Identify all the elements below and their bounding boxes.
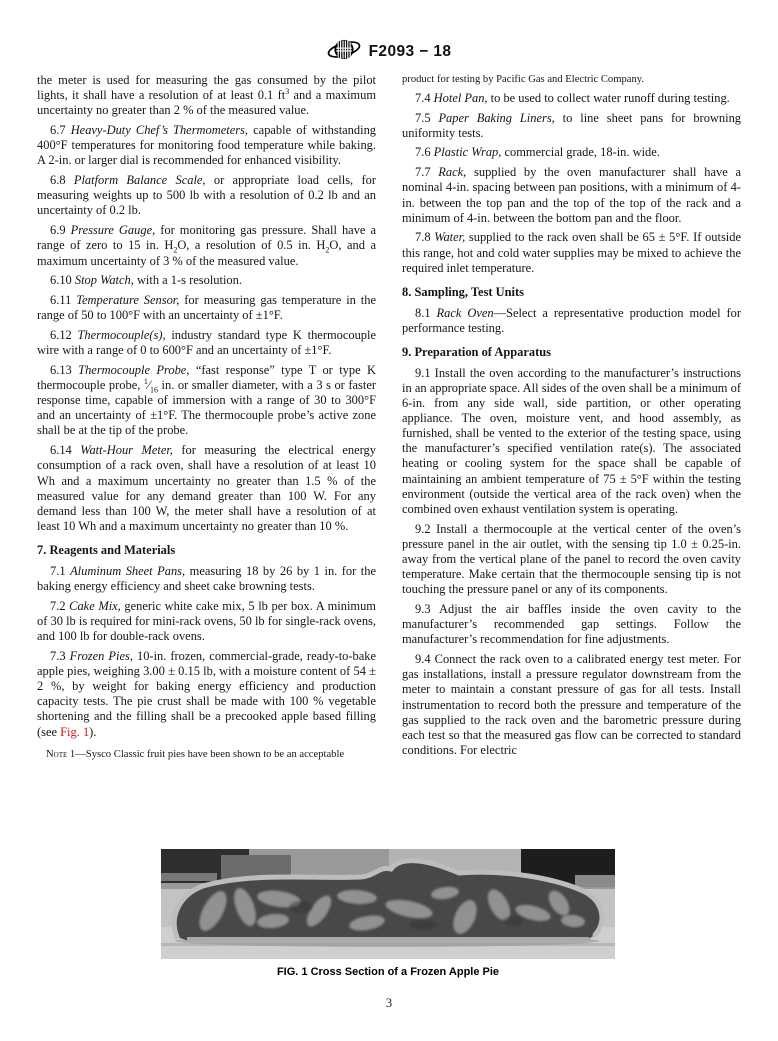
para-6-11: 6.11 Temperature Sensor, for measuring g… [37, 293, 376, 323]
para-6-12: 6.12 Thermocouple(s), industry standard … [37, 328, 376, 358]
para-6-8: 6.8 Platform Balance Scale, or appropria… [37, 173, 376, 218]
para-7-8: 7.8 Water, supplied to the rack oven sha… [402, 230, 741, 275]
para-6-9: 6.9 Pressure Gauge, for monitoring gas p… [37, 223, 376, 268]
para-6-7: 6.7 Heavy-Duty Chef’s Thermometers, capa… [37, 123, 376, 168]
para-7-7: 7.7 Rack, supplied by the oven manufactu… [402, 165, 741, 226]
para-9-4: 9.4 Connect the rack oven to a calibrate… [402, 652, 741, 758]
page-header: F2093 − 18 [0, 36, 778, 68]
frozen-apple-pie-photo [161, 849, 615, 959]
page-number: 3 [0, 996, 778, 1011]
para-6-10: 6.10 Stop Watch, with a 1-s resolution. [37, 273, 376, 288]
para-8-1: 8.1 Rack Oven—Select a representative pr… [402, 306, 741, 336]
para-7-4: 7.4 Hotel Pan, to be used to collect wat… [402, 91, 741, 106]
para-6-14: 6.14 Watt-Hour Meter, for measuring the … [37, 443, 376, 534]
para-9-2: 9.2 Install a thermocouple at the vertic… [402, 522, 741, 598]
heading-sampling-test-units: 8. Sampling, Test Units [402, 285, 741, 300]
document-page: F2093 − 18 the meter is used for measuri… [0, 0, 778, 1041]
para-7-6: 7.6 Plastic Wrap, commercial grade, 18-i… [402, 145, 741, 160]
para-9-1: 9.1 Install the oven according to the ma… [402, 366, 741, 518]
left-column: the meter is used for measuring the gas … [37, 73, 376, 765]
para-7-1: 7.1 Aluminum Sheet Pans, measuring 18 by… [37, 564, 376, 594]
para-7-2: 7.2 Cake Mix, generic white cake mix, 5 … [37, 599, 376, 644]
figure-1: FIG. 1 Cross Section of a Frozen Apple P… [161, 849, 615, 978]
note-1-continuation: product for testing by Pacific Gas and E… [402, 73, 741, 86]
para-9-3: 9.3 Adjust the air baffles inside the ov… [402, 602, 741, 647]
heading-reagents-and-materials: 7. Reagents and Materials [37, 543, 376, 558]
para-7-3: 7.3 Frozen Pies, 10-in. frozen, commerci… [37, 649, 376, 740]
heading-preparation-of-apparatus: 9. Preparation of Apparatus [402, 345, 741, 360]
figure-caption: FIG. 1 Cross Section of a Frozen Apple P… [161, 966, 615, 978]
standard-code: F2093 − 18 [369, 43, 452, 61]
fig-1-reference[interactable]: Fig. 1 [60, 725, 89, 739]
para-6-6-continuation: the meter is used for measuring the gas … [37, 73, 376, 118]
para-7-5: 7.5 Paper Baking Liners, to line sheet p… [402, 111, 741, 141]
note-1: Note 1—Sysco Classic fruit pies have bee… [37, 748, 376, 761]
para-6-13: 6.13 Thermocouple Probe, “fast response”… [37, 363, 376, 439]
right-column: product for testing by Pacific Gas and E… [402, 73, 741, 763]
astm-logo-icon [327, 36, 361, 68]
